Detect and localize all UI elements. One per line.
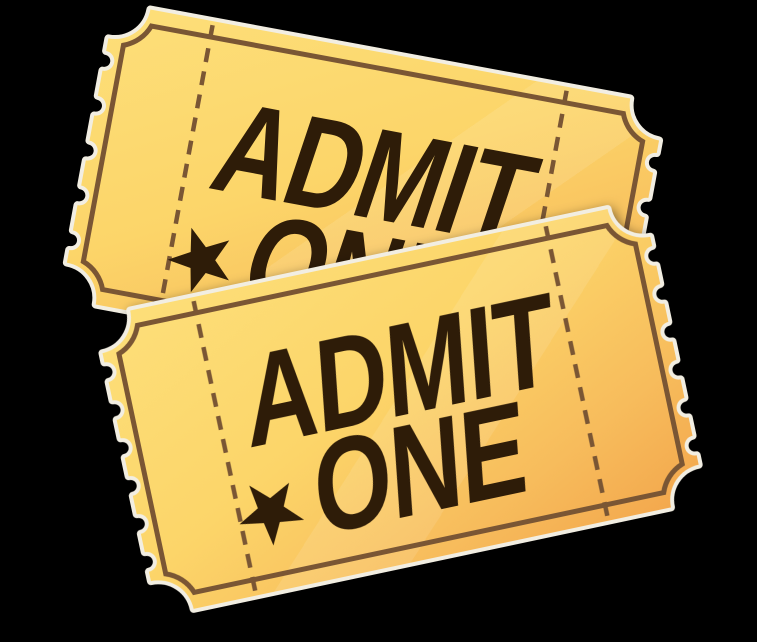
tickets-illustration: ADMIT ONE: [0, 0, 757, 642]
